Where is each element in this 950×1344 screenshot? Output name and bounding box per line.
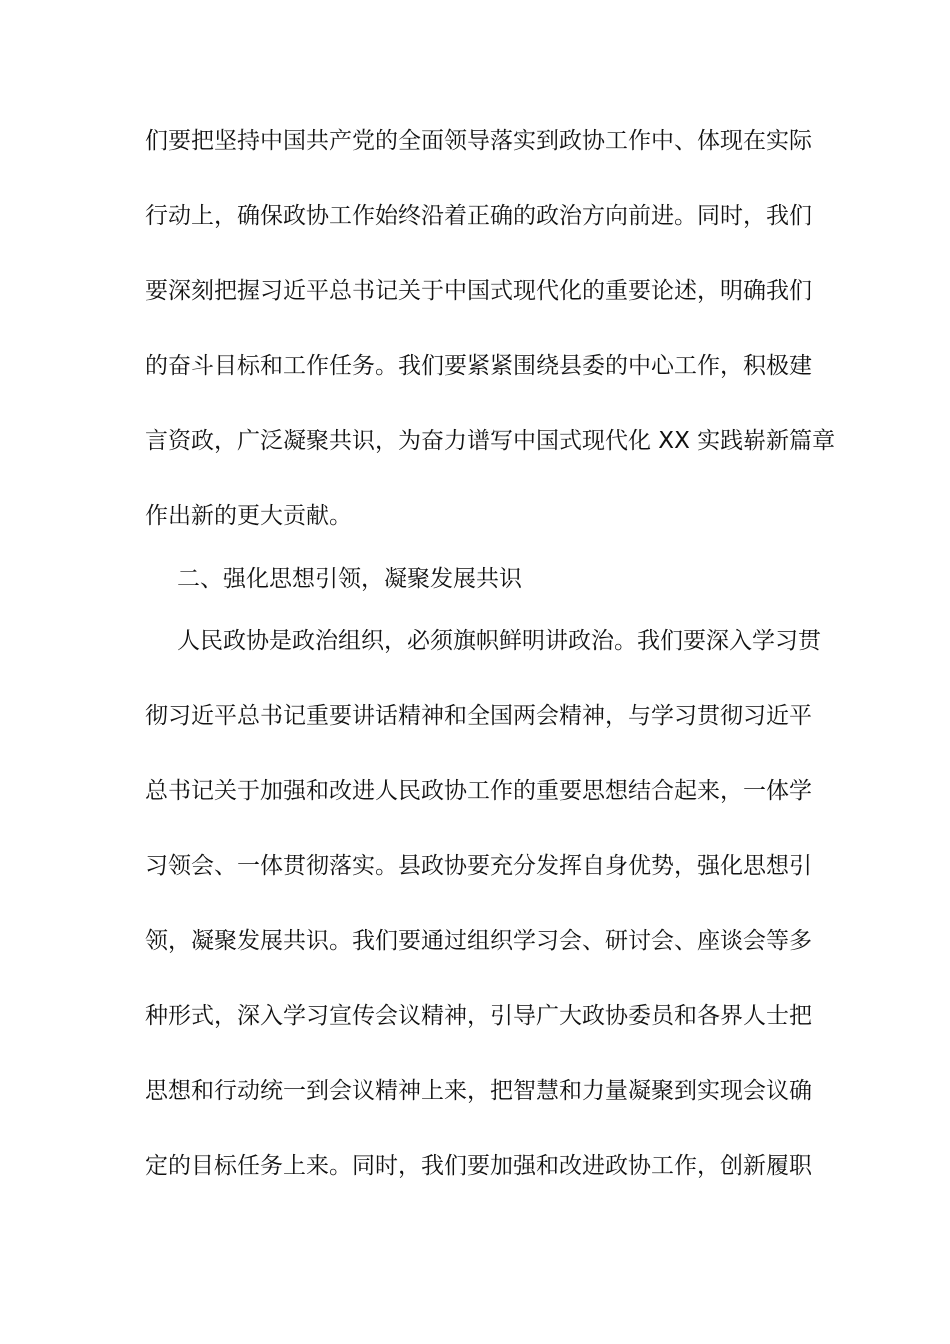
paragraph-2-line-8: 定的目标任务上来。同时，我们要加强和改进政协工作，创新履职 (145, 1151, 807, 1181)
document-page: 们要把坚持中国共产党的全面领导落实到政协工作中、体现在实际 行动上，确保政协工作… (0, 0, 950, 1344)
paragraph-2-line-4: 习领会、一体贯彻落实。县政协要充分发挥自身优势，强化思想引 (145, 851, 807, 881)
paragraph-1-line-1: 们要把坚持中国共产党的全面领导落实到政协工作中、体现在实际 (145, 126, 807, 156)
paragraph-2-line-6: 种形式，深入学习宣传会议精神，引导广大政协委员和各界人士把 (145, 1001, 807, 1031)
paragraph-1-line-6: 作出新的更大贡献。 (145, 501, 807, 531)
paragraph-1-line-3: 要深刻把握习近平总书记关于中国式现代化的重要论述，明确我们 (145, 276, 807, 306)
paragraph-1-line-2: 行动上，确保政协工作始终沿着正确的政治方向前进。同时，我们 (145, 201, 807, 231)
section-heading: 二、强化思想引领，凝聚发展共识 (177, 564, 807, 594)
paragraph-2-line-1: 人民政协是政治组织，必须旗帜鲜明讲政治。我们要深入学习贯 (177, 626, 807, 656)
paragraph-2-line-2: 彻习近平总书记重要讲话精神和全国两会精神，与学习贯彻习近平 (145, 701, 807, 731)
paragraph-1-line-4: 的奋斗目标和工作任务。我们要紧紧围绕县委的中心工作，积极建 (145, 351, 807, 381)
paragraph-1-line-5: 言资政，广泛凝聚共识，为奋力谱写中国式现代化 XX 实践崭新篇章 (145, 426, 807, 456)
paragraph-2-line-3: 总书记关于加强和改进人民政协工作的重要思想结合起来，一体学 (145, 776, 807, 806)
paragraph-2-line-5: 领，凝聚发展共识。我们要通过组织学习会、研讨会、座谈会等多 (145, 926, 807, 956)
paragraph-2-line-7: 思想和行动统一到会议精神上来，把智慧和力量凝聚到实现会议确 (145, 1076, 807, 1106)
